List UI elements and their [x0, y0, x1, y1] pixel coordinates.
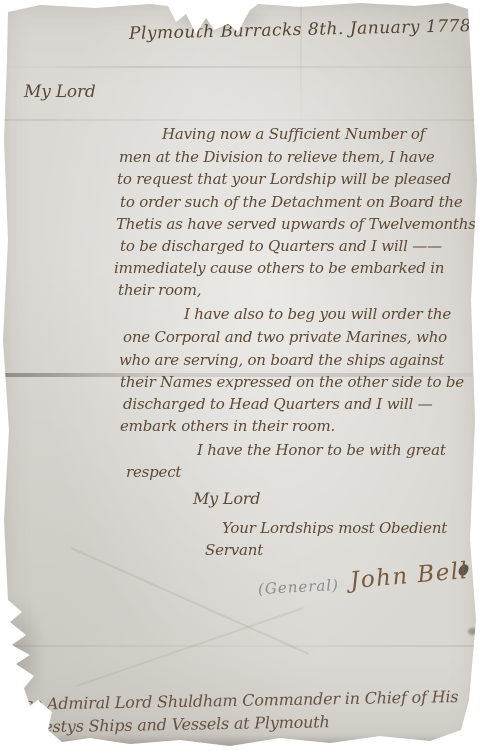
paper-crease	[0, 119, 481, 121]
body-line: immediately cause others to be embarked …	[114, 261, 444, 276]
body-line: their room,	[118, 283, 201, 298]
body-line: who are serving, on board the ships agai…	[119, 353, 444, 368]
body-line: one Corporal and two private Marines, wh…	[123, 330, 447, 345]
paper-crinkle	[71, 547, 309, 655]
body-line: to order such of the Detachment on Board…	[120, 195, 463, 210]
signature: John Bell	[349, 560, 469, 593]
address-line: Vice Admiral Lord Shuldham Commander in …	[8, 689, 459, 713]
body-line: I have also to beg you will order the	[184, 307, 451, 322]
paper-crease	[0, 66, 481, 68]
address-line: Majestys Ships and Vessels at Plymouth	[13, 714, 330, 736]
paper-crease	[0, 645, 481, 647]
body-line: Thetis as have served upwards of Twelvem…	[116, 217, 476, 232]
torn-bottom-edge	[30, 735, 481, 750]
body-line: embark others in their room.	[120, 419, 335, 434]
body-line: men at the Division to relieve them, I h…	[119, 150, 435, 165]
closing-line: Servant	[205, 543, 263, 558]
body-line: to request that your Lordship will be pl…	[117, 172, 451, 187]
closing-line: respect	[126, 465, 181, 480]
letter-paper: Plymouth Barracks 8th. January 1778 My L…	[0, 0, 481, 750]
body-line: their Names expressed on the other side …	[120, 375, 464, 390]
salutation: My Lord	[24, 84, 96, 101]
closing-salute: My Lord	[193, 491, 260, 507]
closing-line: I have the Honor to be with great	[197, 443, 446, 458]
closing-line: Your Lordships most Obedient	[222, 521, 447, 536]
ink-smudge	[468, 628, 478, 635]
paper-crinkle	[76, 607, 304, 687]
body-line: discharged to Head Quarters and I will —	[123, 397, 433, 412]
body-line: Having now a Sufficient Number of	[162, 127, 425, 142]
body-line: to be discharged to Quarters and I will …	[120, 239, 442, 254]
scanned-letter-page: Plymouth Barracks 8th. January 1778 My L…	[0, 0, 481, 750]
dateline: Plymouth Barracks 8th. January 1778	[129, 18, 472, 43]
pencil-annotation: (General)	[258, 578, 340, 597]
